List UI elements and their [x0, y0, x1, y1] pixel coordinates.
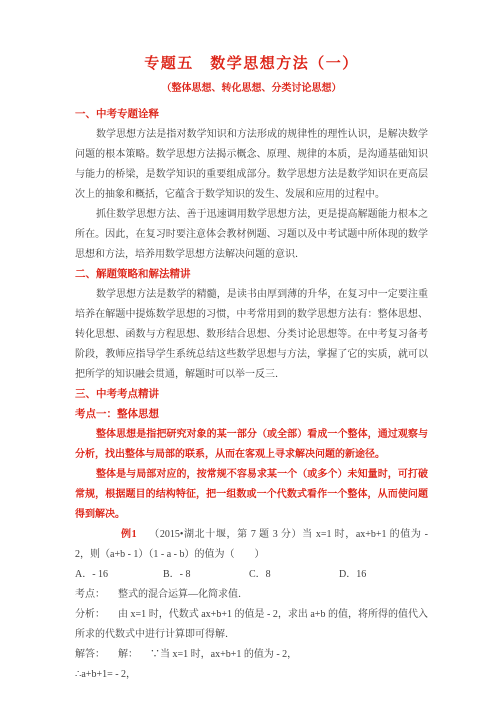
- example1-kaodian-label: 考点：: [75, 589, 105, 600]
- example1-fenxi-row: 分析：由 x=1 时，代数式 ax+b+1 的值是 - 2，求出 a+b 的值，…: [75, 605, 428, 645]
- example1-jieda-sublabel: 解：: [118, 649, 138, 660]
- example1-kaodian-text: 整式的混合运算—化简求值．: [118, 589, 248, 600]
- example1-options-row: A．- 16 B．- 8 C．8 D．16: [75, 565, 428, 585]
- example1-kaodian-row: 考点：整式的混合运算—化简求值．: [75, 585, 428, 605]
- example1-option-d: D．16: [339, 565, 428, 585]
- example1-jieda-conclusion: ∴a+b+1= - 2，: [75, 665, 428, 685]
- example1-jieda-label: 解答：: [75, 649, 105, 660]
- section2-paragraph-1: 数学思想方法是数学的精髓，是读书由厚到薄的升华，在复习中一定要注重培养在解题中提…: [75, 285, 428, 385]
- example1-question-paragraph: 例1（2015•湖北十堰，第 7 题 3 分）当 x=1 时，ax+b+1 的值…: [75, 525, 428, 565]
- example1-option-a: A．- 16: [75, 565, 163, 585]
- section1-heading: 一、中考专题诠释: [75, 105, 428, 125]
- example1-fenxi-text: 由 x=1 时，代数式 ax+b+1 的值是 - 2，求出 a+b 的值，将所得…: [75, 609, 428, 640]
- document-page: 专题五 数学思想方法（一） （整体思想、转化思想、分类讨论思想） 一、中考专题诠…: [0, 0, 500, 707]
- doc-title: 专题五 数学思想方法（一）: [75, 54, 428, 74]
- section3-heading: 三、中考考点精讲: [75, 385, 428, 405]
- section1-paragraph-2: 抓住数学思想方法、善于迅速调用数学思想方法，更是提高解题能力根本之所在。因此，在…: [75, 205, 428, 265]
- topic1-intro-paragraph-2: 整体是与局部对应的，按常规不容易求某一个（或多个）未知量时，可打破常规，根据题目…: [75, 465, 428, 525]
- example1-jieda-text: ∵当 x=1 时，ax+b+1 的值为 - 2，: [150, 649, 297, 660]
- example1-option-c: C．8: [249, 565, 339, 585]
- section2-heading: 二、解题策略和解法精讲: [75, 265, 428, 285]
- example1-fenxi-label: 分析：: [75, 609, 105, 620]
- section1-paragraph-1: 数学思想方法是指对数学知识和方法形成的规律性的理性认识，是解决数学问题的根本策略…: [75, 125, 428, 205]
- topic1-heading: 考点一：整体思想: [75, 405, 428, 425]
- topic1-intro-paragraph-1: 整体思想是指把研究对象的某一部分（或全部）看成一个整体，通过观察与分析，找出整体…: [75, 425, 428, 465]
- example1-jieda-row: 解答：解：∵当 x=1 时，ax+b+1 的值为 - 2，: [75, 645, 428, 665]
- doc-subtitle: （整体思想、转化思想、分类讨论思想）: [75, 82, 428, 96]
- example1-label: 例1: [121, 529, 137, 540]
- example1-option-b: B．- 8: [163, 565, 249, 585]
